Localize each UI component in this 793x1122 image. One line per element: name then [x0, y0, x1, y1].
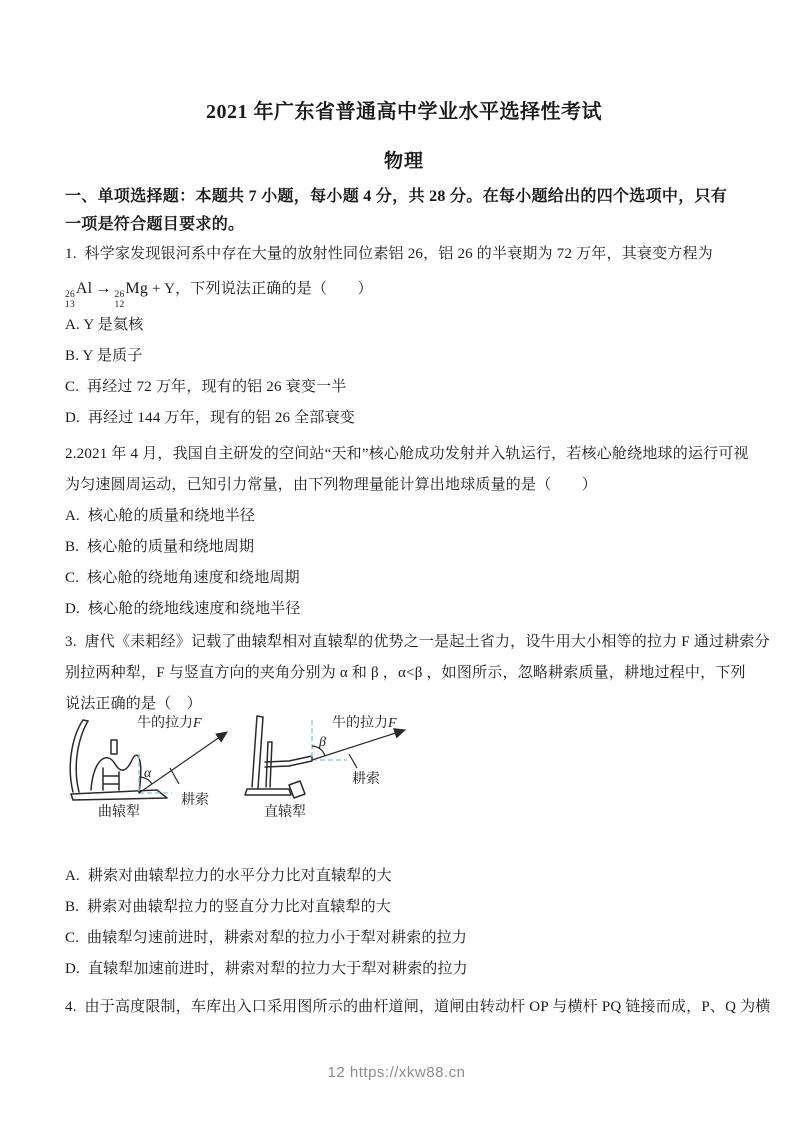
- q1-equation: 2613Al→2612Mg + Y，下列说法正确的是（ ）: [65, 270, 743, 310]
- q1-equation-tail: + Y，下列说法正确的是（ ）: [148, 281, 373, 297]
- page-footer: 12 https://xkw88.cn: [0, 1064, 793, 1081]
- q1-option-d: D. 再经过 144 万年，现有的铝 26 全部衰变: [65, 403, 743, 434]
- straight-plow-subfigure: 牛的拉力F β 耕索 直辕犁: [245, 714, 405, 820]
- q3-figure: 牛的拉力F α 耕索 曲辕犁 牛的拉力F β 耕索 直辕犁: [67, 712, 487, 824]
- q2-stem-line1: 2.2021 年 4 月，我国自主研发的空间站“天和”核心舱成功发射并入轨运行，…: [65, 439, 743, 470]
- exam-title: 2021 年广东省普通高中学业水平选择性考试: [65, 96, 743, 128]
- q1-option-b: B. Y 是质子: [65, 341, 743, 372]
- exam-subject: 物理: [65, 148, 743, 176]
- exam-page: 2021 年广东省普通高中学业水平选择性考试 物理 一、单项选择题：本题共 7 …: [0, 96, 793, 1023]
- q2-option-c: C. 核心舱的绕地角速度和绕地周期: [65, 563, 743, 594]
- q3-option-c: C. 曲辕犁匀速前进时，耕索对犁的拉力小于犁对耕索的拉力: [65, 923, 743, 954]
- left-rope-label: 耕索: [181, 791, 209, 808]
- nuclide-al-symbol: Al: [76, 280, 92, 297]
- q1-stem: 1. 科学家发现银河系中存在大量的放射性同位素铝 26，铝 26 的半衰期为 7…: [65, 239, 743, 270]
- curved-plow-subfigure: 牛的拉力F α 耕索 曲辕犁: [70, 714, 227, 820]
- decay-arrow: →: [95, 280, 111, 297]
- q4-stem-line1: 4. 由于高度限制，车库出入口采用图所示的曲杆道闸，道闸由转动杆 OP 与横杆 …: [65, 992, 743, 1023]
- nuclide-mg-numbers: 2612: [115, 291, 125, 310]
- q1-option-c: C. 再经过 72 万年，现有的铝 26 衰变一半: [65, 372, 743, 403]
- curved-plow-drawing: [70, 720, 167, 800]
- q3-stem-line2: 别拉两种犁，F 与竖直方向的夹角分别为 α 和 β ，α<β ，如图所示，忽略耕…: [65, 658, 743, 689]
- right-rope-pointer-line: [349, 754, 357, 768]
- q3-option-a: A. 耕索对曲辕犁拉力的水平分力比对直辕犁的大: [65, 861, 743, 892]
- q2-stem-line2: 为匀速圆周运动，已知引力常量，由下列物理量能计算出地球质量的是（ ）: [65, 470, 743, 501]
- right-force-label: 牛的拉力F: [332, 714, 397, 731]
- section-header-line2: 一项是符合题目要求的。: [65, 211, 743, 239]
- q3-option-b: B. 耕索对曲辕犁拉力的竖直分力比对直辕犁的大: [65, 892, 743, 923]
- q2-option-a: A. 核心舱的质量和绕地半径: [65, 501, 743, 532]
- nuclide-al-numbers: 2613: [65, 291, 75, 310]
- section-header-line1: 一、单项选择题：本题共 7 小题，每小题 4 分，共 28 分。在每小题给出的四…: [65, 183, 743, 211]
- nuclide-mg-symbol: Mg: [125, 280, 148, 297]
- right-plow-name-label: 直辕犁: [264, 803, 306, 820]
- left-force-label: 牛的拉力F: [137, 714, 202, 731]
- left-rope-pointer-line: [170, 768, 179, 784]
- q2-option-b: B. 核心舱的质量和绕地周期: [65, 532, 743, 563]
- q3-stem-line1: 3. 唐代《耒耜经》记载了曲辕犁相对直辕犁的优势之一是起土省力，设牛用大小相等的…: [65, 627, 743, 658]
- q1-option-a: A. Y 是氦核: [65, 310, 743, 341]
- q2-option-d: D. 核心舱的绕地线速度和绕地半径: [65, 594, 743, 625]
- left-angle-label: α: [144, 766, 152, 781]
- right-angle-label: β: [318, 735, 326, 750]
- left-plow-name-label: 曲辕犁: [98, 803, 140, 820]
- straight-plow-drawing: [245, 716, 312, 798]
- right-rope-label: 耕索: [352, 770, 380, 787]
- q3-option-d: D. 直辕犁加速前进时，耕索对犁的拉力大于犁对耕索的拉力: [65, 954, 743, 985]
